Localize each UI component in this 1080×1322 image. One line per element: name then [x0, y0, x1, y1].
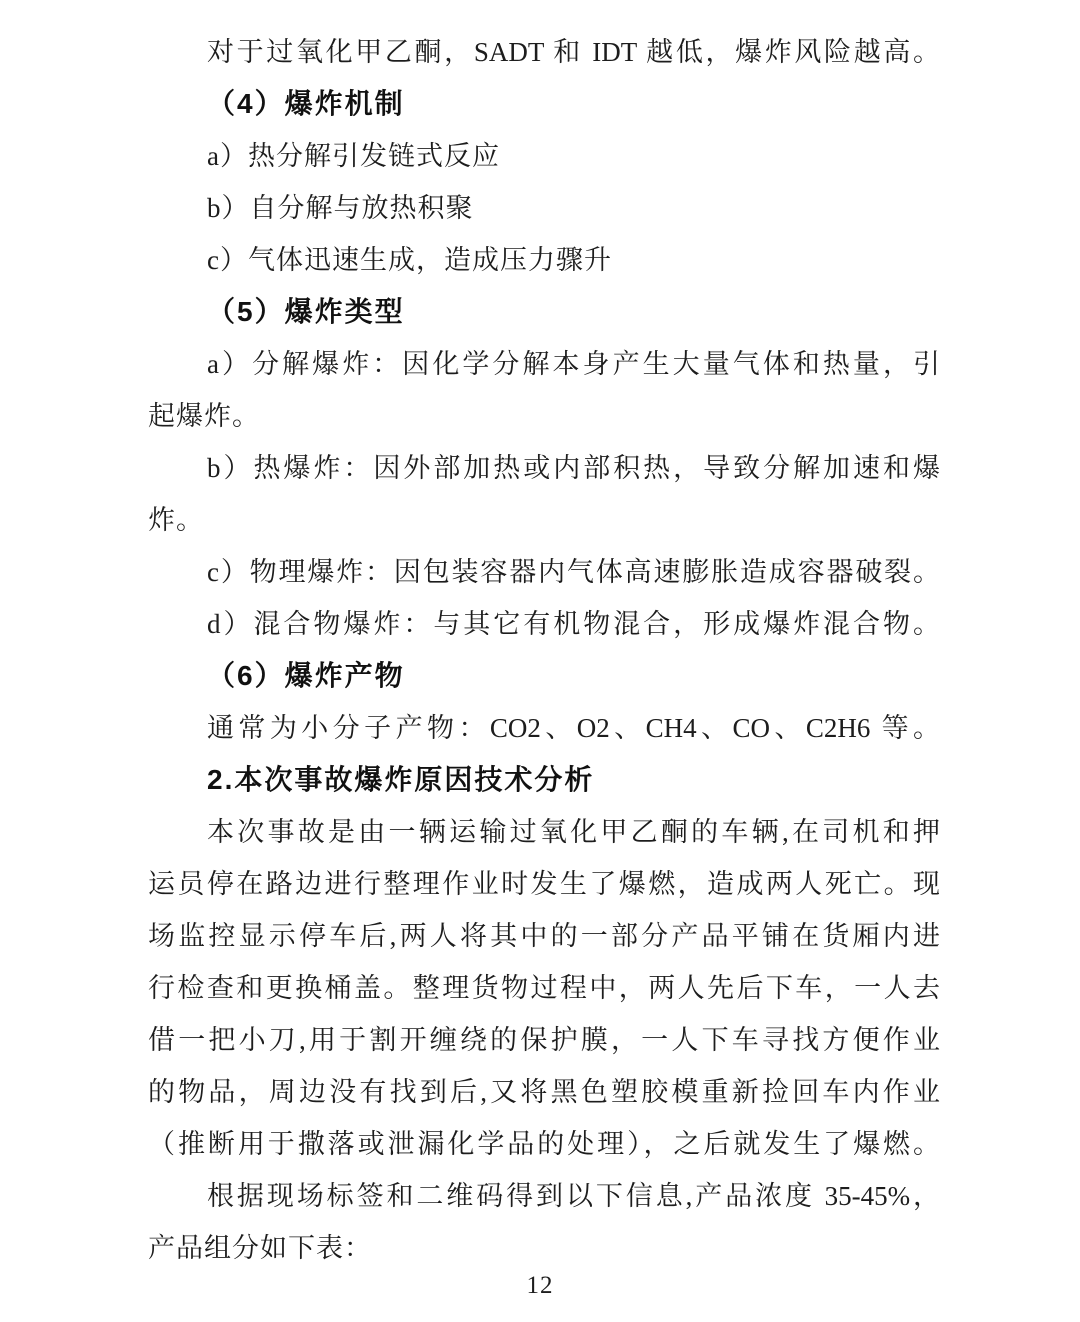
text-line: 炸。 [148, 494, 940, 546]
text-line: b）自分解与放热积聚 [148, 182, 940, 234]
document-body: 对于过氧化甲乙酮，SADT 和 IDT 越低，爆炸风险越高。（4）爆炸机制a）热… [148, 26, 940, 1274]
text-line: c）物理爆炸：因包装容器内气体高速膨胀造成容器破裂。 [148, 546, 940, 598]
text-line: 本次事故是由一辆运输过氧化甲乙酮的车辆,在司机和押 [148, 806, 940, 858]
page-number: 12 [0, 1266, 1080, 1306]
heading-line: （4）爆炸机制 [148, 78, 940, 130]
text-line: a）热分解引发链式反应 [148, 130, 940, 182]
text-line: a）分解爆炸：因化学分解本身产生大量气体和热量，引 [148, 338, 940, 390]
text-line: 场监控显示停车后,两人将其中的一部分产品平铺在货厢内进 [148, 910, 940, 962]
document-page: 对于过氧化甲乙酮，SADT 和 IDT 越低，爆炸风险越高。（4）爆炸机制a）热… [0, 0, 1080, 1322]
text-line: 根据现场标签和二维码得到以下信息,产品浓度 35-45%， [148, 1170, 940, 1222]
text-line: 行检查和更换桶盖。整理货物过程中，两人先后下车，一人去 [148, 962, 940, 1014]
text-line: d）混合物爆炸：与其它有机物混合，形成爆炸混合物。 [148, 598, 940, 650]
text-line: b）热爆炸：因外部加热或内部积热，导致分解加速和爆 [148, 442, 940, 494]
heading-line: （6）爆炸产物 [148, 650, 940, 702]
text-line: （推断用于撒落或泄漏化学品的处理），之后就发生了爆燃。 [148, 1118, 940, 1170]
heading-line: 2.本次事故爆炸原因技术分析 [148, 754, 940, 806]
text-line: 运员停在路边进行整理作业时发生了爆燃，造成两人死亡。现 [148, 858, 940, 910]
text-line: 借一把小刀,用于割开缠绕的保护膜，一人下车寻找方便作业 [148, 1014, 940, 1066]
text-line: 对于过氧化甲乙酮，SADT 和 IDT 越低，爆炸风险越高。 [148, 26, 940, 78]
heading-line: （5）爆炸类型 [148, 286, 940, 338]
text-line: c）气体迅速生成，造成压力骤升 [148, 234, 940, 286]
text-line: 起爆炸。 [148, 390, 940, 442]
text-line: 通常为小分子产物：CO2、O2、CH4、CO、C2H6 等。 [148, 702, 940, 754]
text-line: 的物品，周边没有找到后,又将黑色塑胶模重新捡回车内作业 [148, 1066, 940, 1118]
